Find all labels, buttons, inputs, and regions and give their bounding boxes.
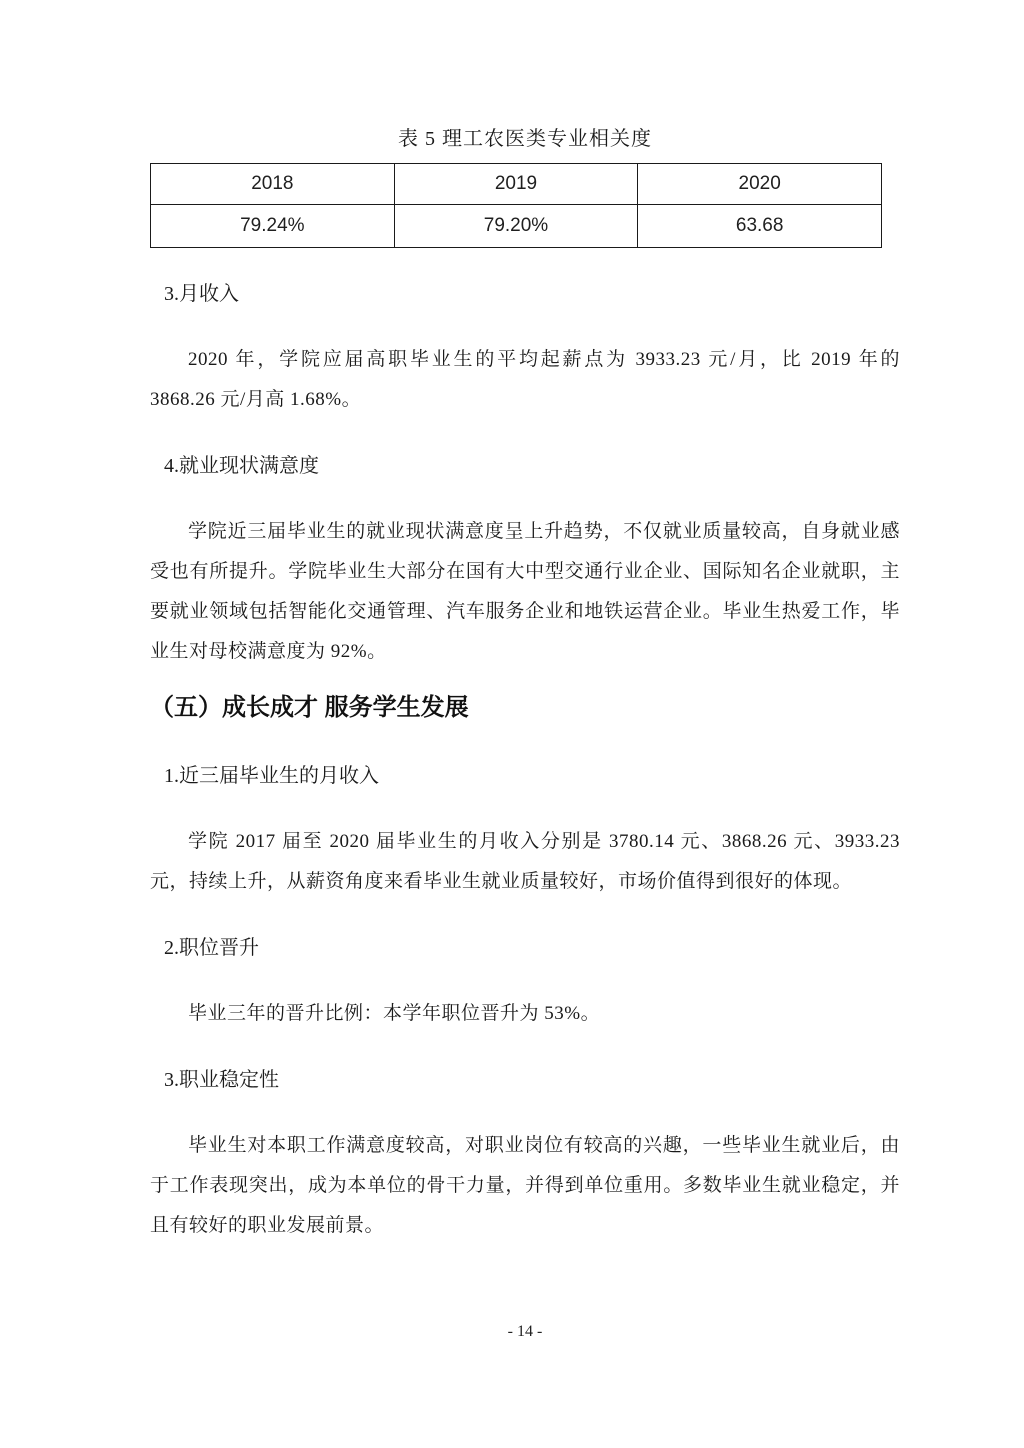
page-content: 表 5 理工农医类专业相关度 2018 2019 2020 79.24% 79.… <box>150 124 900 1344</box>
section-3-heading: 3.月收入 <box>150 274 900 314</box>
section-3-paragraph: 2020 年，学院应届高职毕业生的平均起薪点为 3933.23 元/月，比 20… <box>150 340 900 420</box>
section-4-paragraph: 学院近三届毕业生的就业现状满意度呈上升趋势，不仅就业质量较高，自身就业感受也有所… <box>150 512 900 672</box>
section-4-heading: 4.就业现状满意度 <box>150 446 900 486</box>
year-2018-value-cell: 79.24% <box>151 205 395 248</box>
table-value-row: 79.24% 79.20% 63.68 <box>151 205 882 248</box>
part5-section-3-heading: 3.职业稳定性 <box>150 1060 900 1100</box>
part5-section-3-paragraph: 毕业生对本职工作满意度较高，对职业岗位有较高的兴趣，一些毕业生就业后，由于工作表… <box>150 1126 900 1246</box>
part5-section-1-paragraph: 学院 2017 届至 2020 届毕业生的月收入分别是 3780.14 元、38… <box>150 822 900 902</box>
part-5-heading: （五）成长成才 服务学生发展 <box>150 686 900 730</box>
page-number: - 14 - <box>150 1320 900 1344</box>
relevance-table: 2018 2019 2020 79.24% 79.20% 63.68 <box>150 163 882 248</box>
year-2019-header-cell: 2019 <box>394 164 638 205</box>
table-header-row: 2018 2019 2020 <box>151 164 882 205</box>
table-caption: 表 5 理工农医类专业相关度 <box>150 124 900 154</box>
part5-section-2-heading: 2.职位晋升 <box>150 928 900 968</box>
year-2019-value-cell: 79.20% <box>394 205 638 248</box>
part5-section-1-heading: 1.近三届毕业生的月收入 <box>150 756 900 796</box>
year-2020-header-cell: 2020 <box>638 164 882 205</box>
year-2020-value-cell: 63.68 <box>638 205 882 248</box>
document-page: 表 5 理工农医类专业相关度 2018 2019 2020 79.24% 79.… <box>0 0 1024 1448</box>
part5-section-2-paragraph: 毕业三年的晋升比例：本学年职位晋升为 53%。 <box>150 994 900 1034</box>
year-2018-header-cell: 2018 <box>151 164 395 205</box>
